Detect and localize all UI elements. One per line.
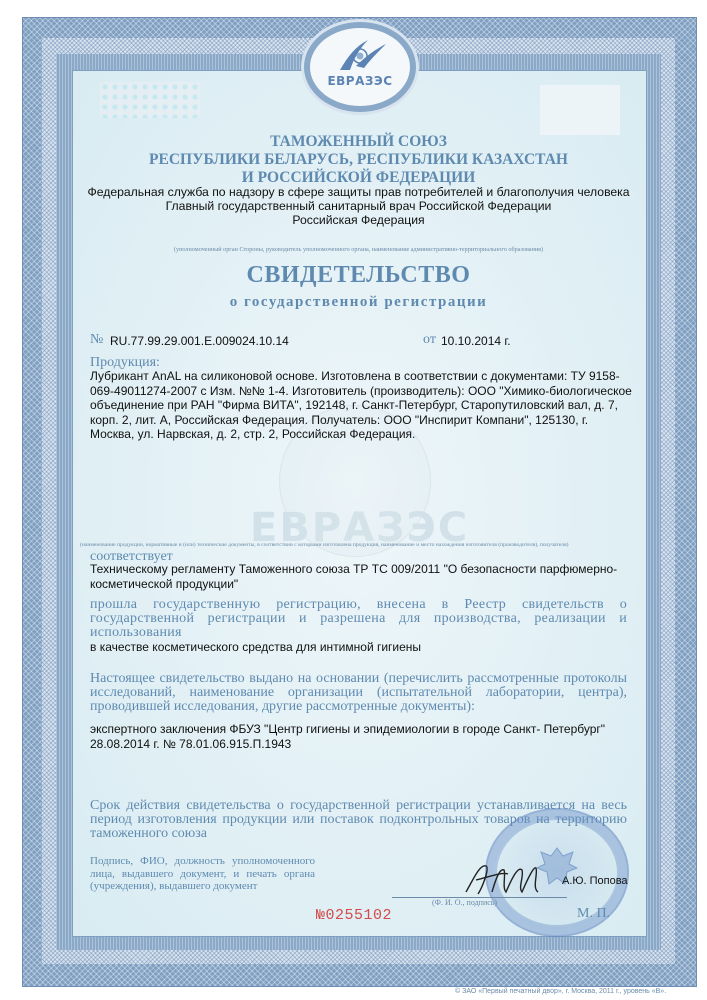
union-title-line: ТАМОЖЕННЫЙ СОЮЗ [72,133,645,151]
signer-name: А.Ю. Попова [562,875,628,887]
customs-union-title: ТАМОЖЕННЫЙ СОЮЗ РЕСПУБЛИКИ БЕЛАРУСЬ, РЕС… [72,133,645,187]
authority-line: Главный государственный санитарный врач … [72,199,645,213]
emblem-label: ЕВРАЗЭС [310,74,410,88]
basis-document-line: экспертного заключения ФБУЗ "Центр гигие… [90,722,630,737]
authority-caption: (уполномоченный орган Стороны, руководит… [72,246,645,253]
issuing-authority: Федеральная служба по надзору в сфере за… [72,185,645,227]
basis-document-line: 28.08.2014 г. № 78.01.06.915.П.1943 [90,737,630,752]
date-label: от [423,332,436,348]
hologram-strip [100,82,200,118]
certificate-title: СВИДЕТЕЛЬСТВО [72,262,645,289]
product-caption: (наименование продукции, нормативные и (… [80,542,635,548]
product-label: Продукция: [90,356,160,370]
seal-place-label: М. П. [577,906,610,922]
certificate-subtitle: о государственной регистрации [72,294,645,311]
registration-statement: прошла государственную регистрацию, внес… [90,598,627,640]
authority-line: Российская Федерация [72,213,645,227]
printer-note: © ЗАО «Первый печатный двор», г. Москва,… [455,988,666,995]
certificate-date: 10.10.2014 г. [441,334,511,348]
signature-line-caption: (Ф. И. О., подпись) [432,898,497,907]
product-description: Лубрикант AnAL на силиконовой основе. Из… [90,369,632,442]
basis-statement: Настоящее свидетельство выдано на основа… [90,672,627,714]
hologram-patch [540,85,620,135]
union-title-line: РЕСПУБЛИКИ БЕЛАРУСЬ, РЕСПУБЛИКИ КАЗАХСТА… [72,151,645,169]
conformity-regulation: Техническому регламенту Таможенного союз… [90,562,620,591]
eurasec-emblem: ЕВРАЗЭС [304,22,416,112]
certificate-number: RU.77.99.29.001.Е.009024.10.14 [110,334,289,348]
form-serial-number: №0255102 [316,907,392,924]
authority-line: Федеральная служба по надзору в сфере за… [72,185,645,199]
handwritten-signature-icon [462,858,562,898]
eurasec-emblem-icon [330,36,390,72]
basis-documents: экспертного заключения ФБУЗ "Центр гигие… [90,722,630,751]
number-label: № [90,332,103,348]
usage-purpose: в качестве косметического средства для и… [90,640,421,655]
signature-caption: Подпись, ФИО, должность уполномоченного … [90,855,315,893]
